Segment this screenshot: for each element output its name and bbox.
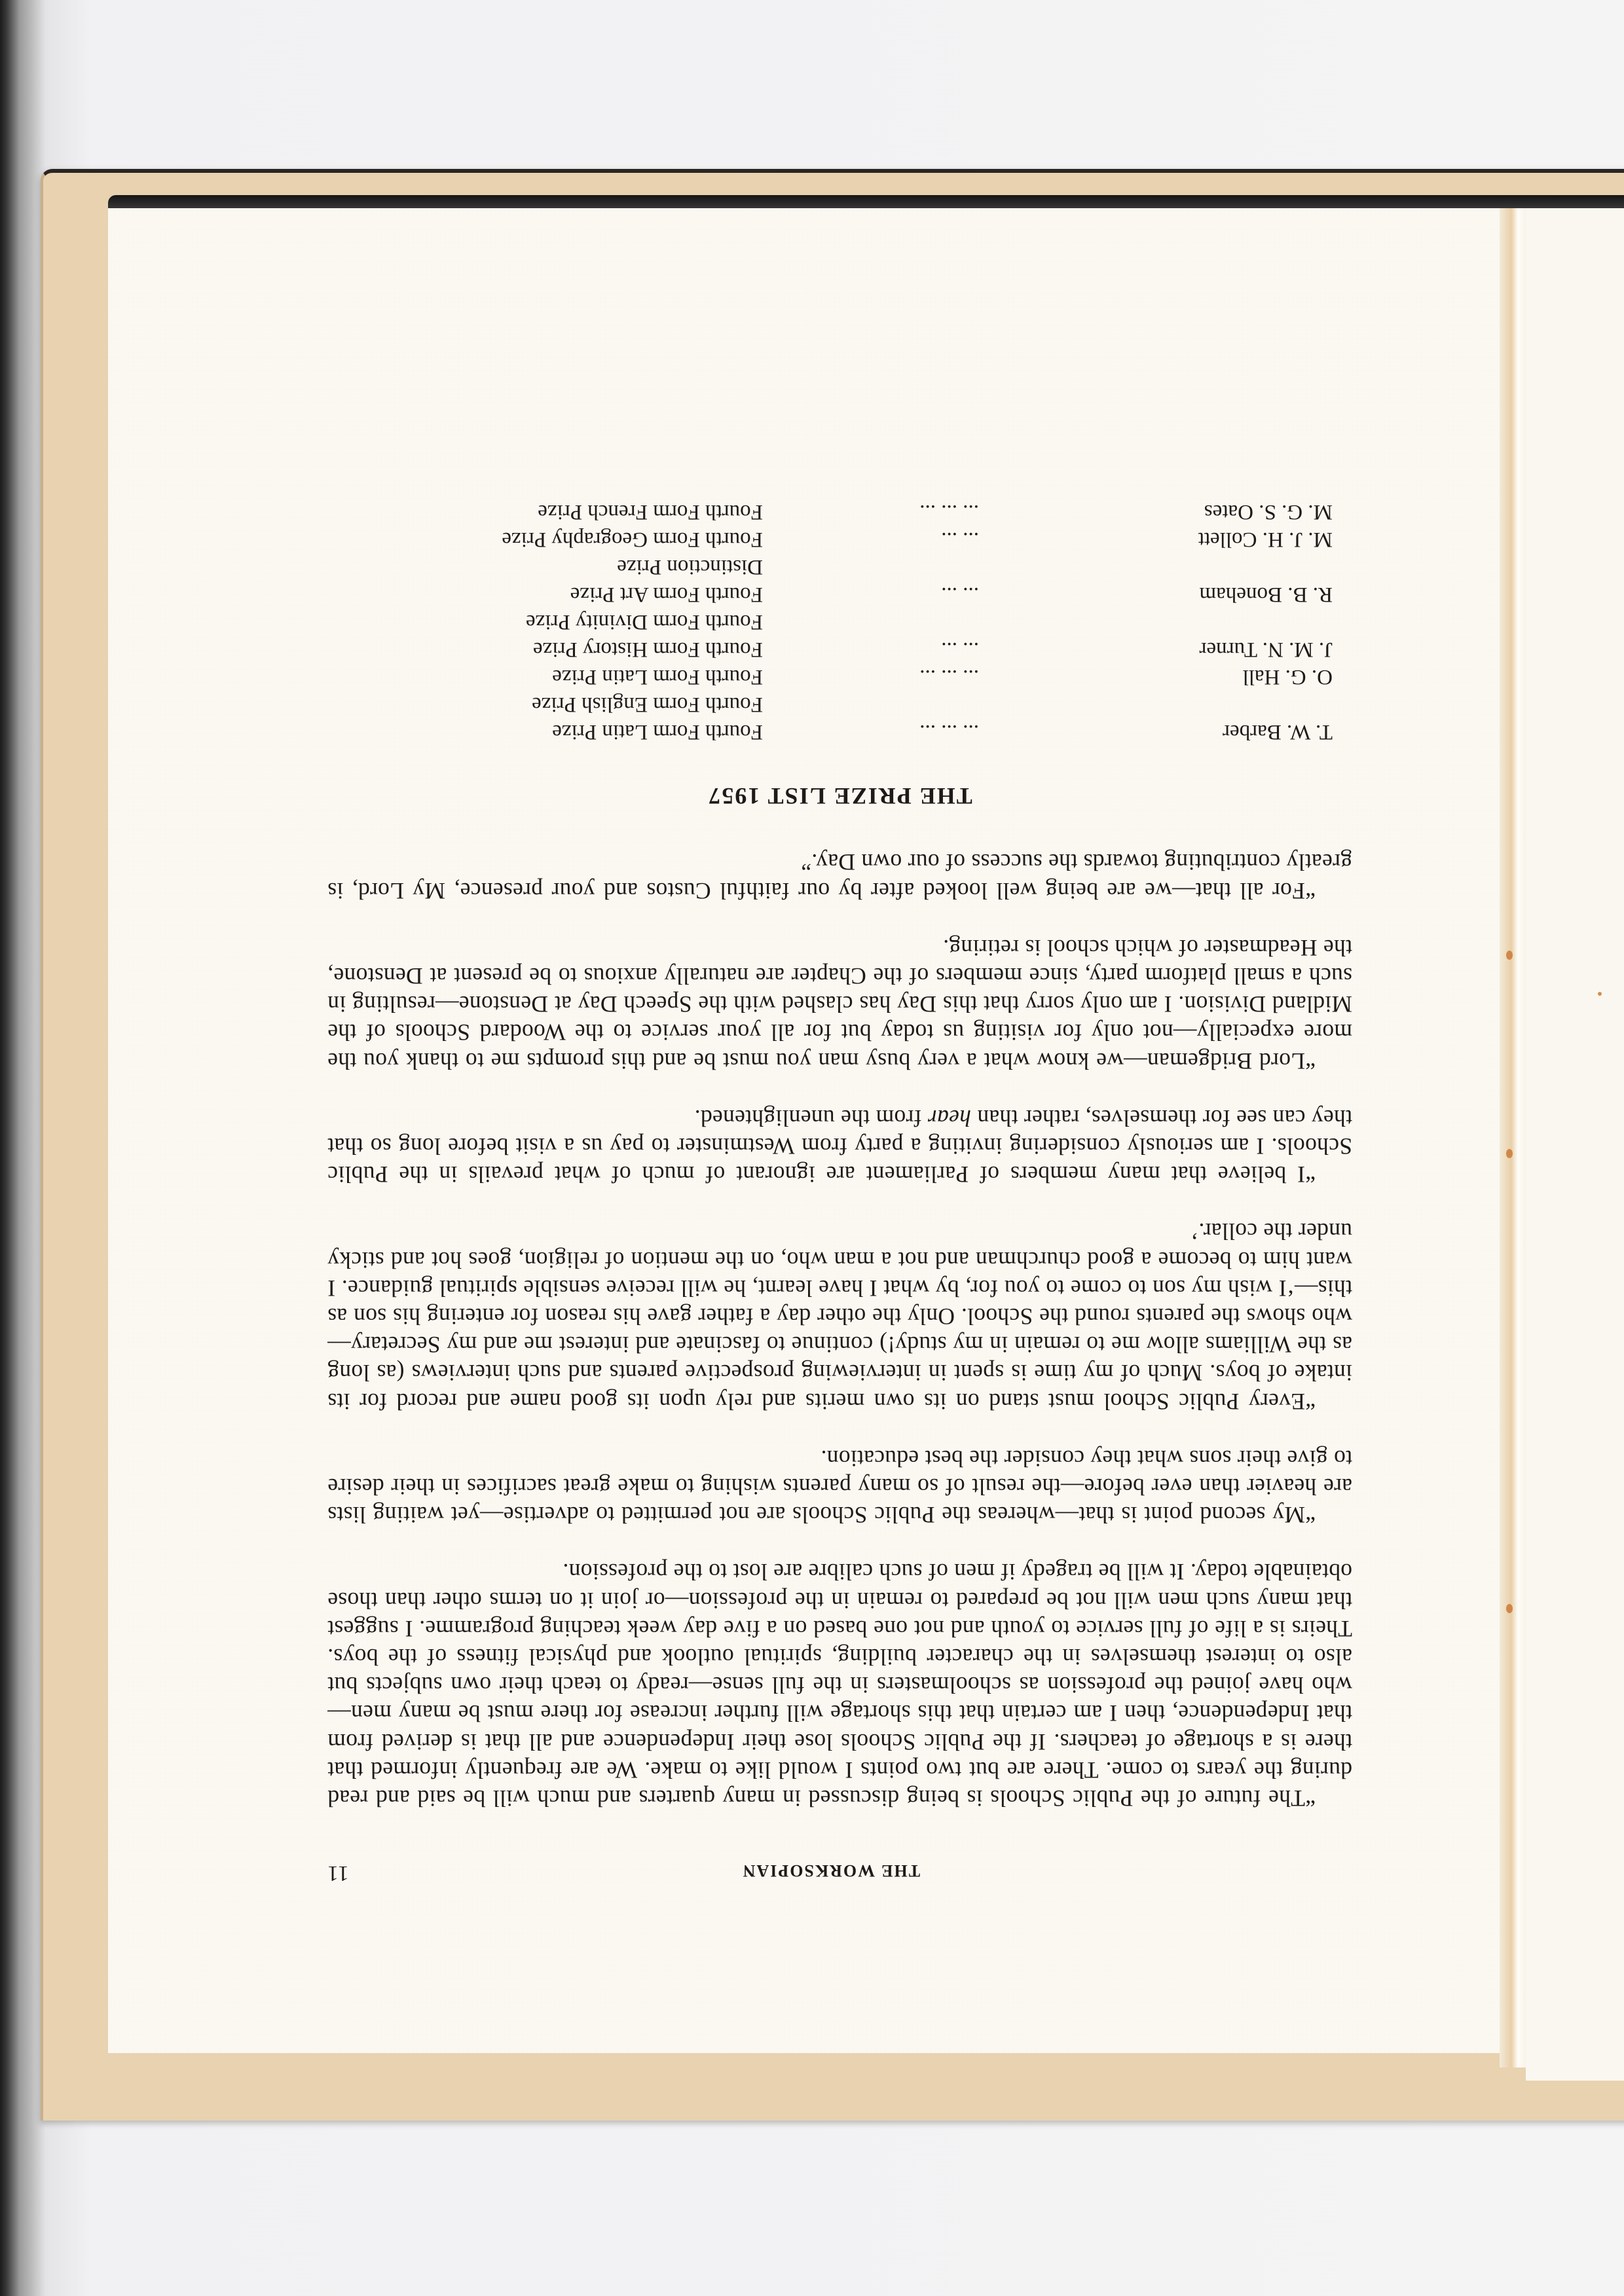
prize-entry: M. J. H. Collett... ...Fourth Form Geogr…	[327, 526, 1352, 553]
paragraph-parliament: “I believe that many members of Parliame…	[327, 1104, 1352, 1189]
recipient-name: R. B. Boneham	[992, 581, 1352, 608]
recipient-name	[992, 553, 1352, 581]
prize-entry: T. W. Barber... ... ...Fourth Form Latin…	[327, 718, 1352, 746]
foxing-stain	[1506, 1149, 1513, 1158]
award-name: Fourth Form Latin Prize	[327, 718, 763, 746]
paragraph-future-of-schools: “The future of the Public Schools is bei…	[327, 1558, 1352, 1812]
recipient-name: O. G. Hall	[992, 663, 1352, 691]
prize-entry: Distinction Prize	[327, 553, 1352, 581]
paragraph-every-public-school: “Every Public School must stand on its o…	[327, 1217, 1352, 1415]
prize-entry: Fourth Form English Prize	[327, 691, 1352, 718]
recipient-name: J. M. N. Turner	[992, 636, 1352, 663]
award-name: Fourth Form History Prize	[327, 636, 763, 663]
leader-dots: ... ... ...	[763, 718, 992, 746]
book-gutter	[1500, 208, 1526, 2068]
foxing-stain	[1598, 992, 1602, 996]
prize-entry: J. M. N. Turner... ...Fourth Form Histor…	[327, 636, 1352, 663]
award-name: Fourth Form Geography Prize	[327, 526, 763, 553]
journal-title: THE WORKSOPIAN	[349, 1861, 1352, 1880]
leader-dots: ... ...	[763, 581, 992, 608]
leader-dots	[763, 691, 992, 718]
award-name: Fourth Form Divinity Prize	[327, 608, 763, 636]
recipient-name	[992, 608, 1352, 636]
page-number: 11	[327, 1861, 349, 1886]
recipient-name	[992, 691, 1352, 718]
paragraph-second-point: “My second point is that—whereas the Pub…	[327, 1444, 1352, 1529]
prize-entry: M. G. S. Oates... ... ...Fourth Form Fre…	[327, 498, 1352, 526]
prize-entry: O. G. Hall... ... ...Fourth Form Latin P…	[327, 663, 1352, 691]
recipient-name: M. G. S. Oates	[992, 498, 1352, 526]
leader-dots: ... ... ...	[763, 663, 992, 691]
prize-list: T. W. Barber... ... ...Fourth Form Latin…	[327, 498, 1352, 746]
page-content-rotated: THE WORKSOPIAN 11 “The future of the Pub…	[327, 445, 1352, 1886]
running-head: THE WORKSOPIAN 11	[327, 1861, 1352, 1886]
foxing-stain	[1506, 951, 1513, 960]
recipient-name: T. W. Barber	[992, 718, 1352, 746]
award-name: Fourth Form Art Prize	[327, 581, 763, 608]
leader-dots: ... ...	[763, 526, 992, 553]
facing-page-edge	[1526, 208, 1624, 2081]
prize-entry: R. B. Boneham... ...Fourth Form Art Priz…	[327, 581, 1352, 608]
recipient-name: M. J. H. Collett	[992, 526, 1352, 553]
leader-dots	[763, 608, 992, 636]
cover-shadow	[108, 195, 1624, 210]
leader-dots: ... ...	[763, 636, 992, 663]
paragraph-lord-bridgeman: “Lord Bridgeman—we know what a very busy…	[327, 934, 1352, 1075]
award-name: Fourth Form English Prize	[327, 691, 763, 718]
paragraph-for-all-that: “For all that—we are being well looked a…	[327, 848, 1352, 904]
award-name: Fourth Form Latin Prize	[327, 663, 763, 691]
foxing-stain	[1506, 1604, 1513, 1613]
prize-entry: Fourth Form Divinity Prize	[327, 608, 1352, 636]
award-name: Fourth Form French Prize	[327, 498, 763, 526]
award-name: Distinction Prize	[327, 553, 763, 581]
leader-dots	[763, 553, 992, 581]
leader-dots: ... ... ...	[763, 498, 992, 526]
prize-list-title: THE PRIZE LIST 1957	[327, 782, 1352, 810]
